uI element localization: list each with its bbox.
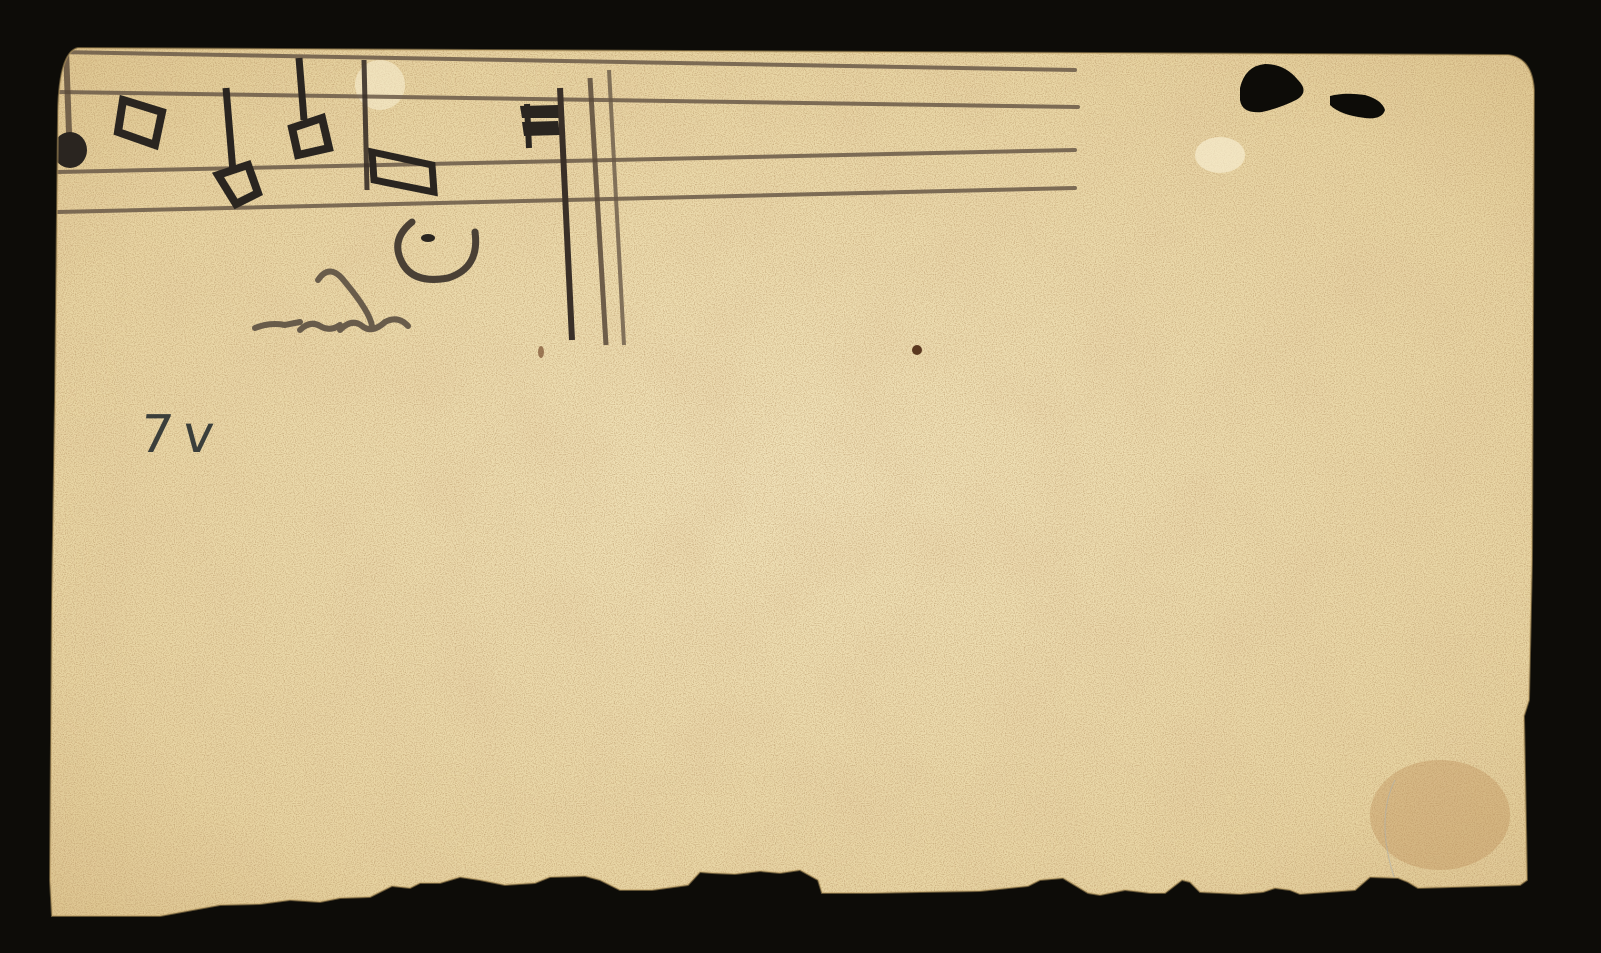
- parchment-fragment: 7v rande C with dot (prolatio): [0, 0, 1601, 953]
- image-viewer: 7v rande C with dot (prolatio): [0, 0, 1601, 953]
